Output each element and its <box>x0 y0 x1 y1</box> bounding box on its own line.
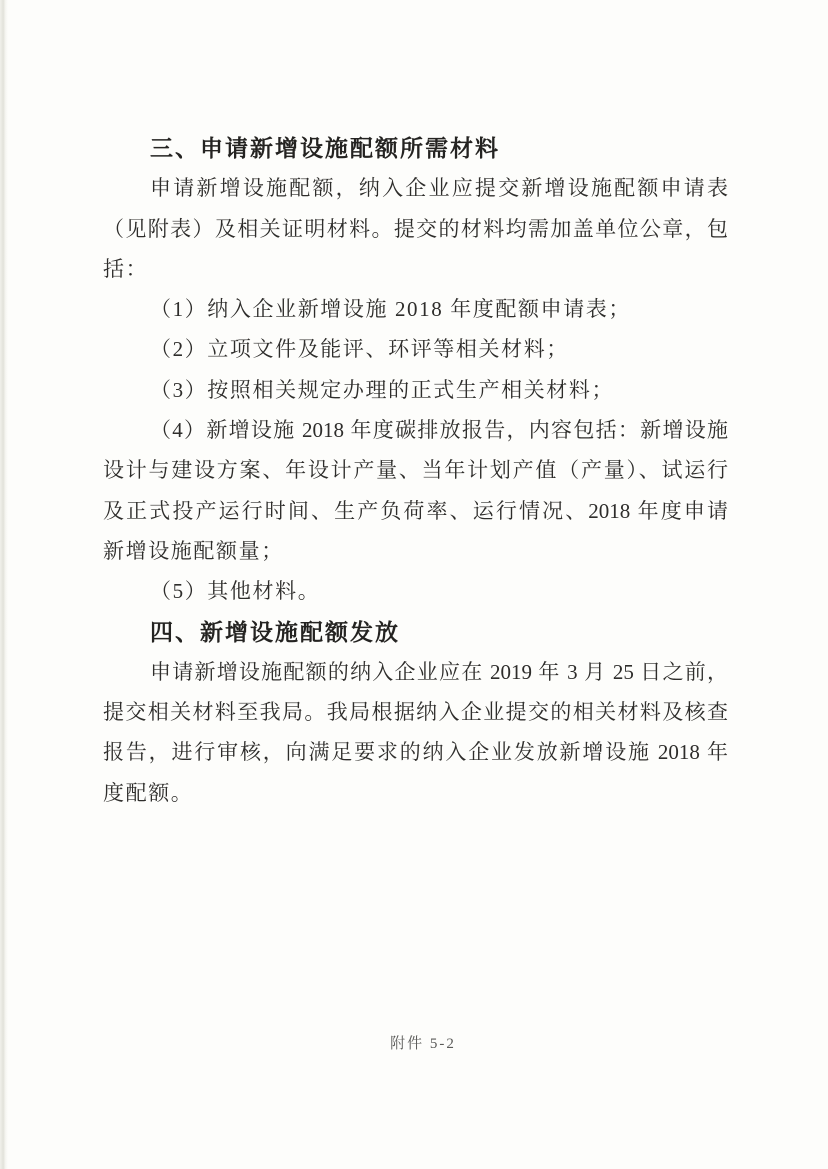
paragraph-line: 提交相关材料至我局。我局根据纳入企业提交的相关材料及核查 <box>103 692 728 732</box>
paragraph-line: 括： <box>103 249 728 289</box>
scanned-document-page: 三、申请新增设施配额所需材料 申请新增设施配额，纳入企业应提交新增设施配额申请表… <box>0 0 828 1169</box>
paragraph-line: 申请新增设施配额的纳入企业应在 2019 年 3 月 25 日之前， <box>103 652 728 692</box>
scan-edge-artifact <box>0 0 8 1169</box>
paragraph-line: （见附表）及相关证明材料。提交的材料均需加盖单位公章，包 <box>103 209 728 249</box>
paragraph-line: 度配额。 <box>103 773 728 813</box>
list-item-1: （1）纳入企业新增设施 2018 年度配额申请表； <box>103 289 728 329</box>
paragraph-line: 设计与建设方案、年设计产量、当年计划产值（产量）、试运行 <box>103 450 728 490</box>
list-item-2: （2）立项文件及能评、环评等相关材料； <box>103 329 728 369</box>
list-item-4: （4）新增设施 2018 年度碳排放报告，内容包括：新增设施 <box>103 410 728 450</box>
paragraph-line: 新增设施配额量； <box>103 531 728 571</box>
paragraph-line: 报告，进行审核，向满足要求的纳入企业发放新增设施 2018 年 <box>103 732 728 772</box>
list-item-3: （3）按照相关规定办理的正式生产相关材料； <box>103 370 728 410</box>
paragraph-line: 申请新增设施配额，纳入企业应提交新增设施配额申请表 <box>103 168 728 208</box>
section-heading-3: 三、申请新增设施配额所需材料 <box>103 128 728 168</box>
list-item-5: （5）其他材料。 <box>103 571 728 611</box>
attachment-number-footer: 附件 5-2 <box>0 1032 828 1053</box>
paragraph-line: 及正式投产运行时间、生产负荷率、运行情况、2018 年度申请 <box>103 491 728 531</box>
document-body: 三、申请新增设施配额所需材料 申请新增设施配额，纳入企业应提交新增设施配额申请表… <box>103 128 728 813</box>
section-heading-4: 四、新增设施配额发放 <box>103 612 728 652</box>
